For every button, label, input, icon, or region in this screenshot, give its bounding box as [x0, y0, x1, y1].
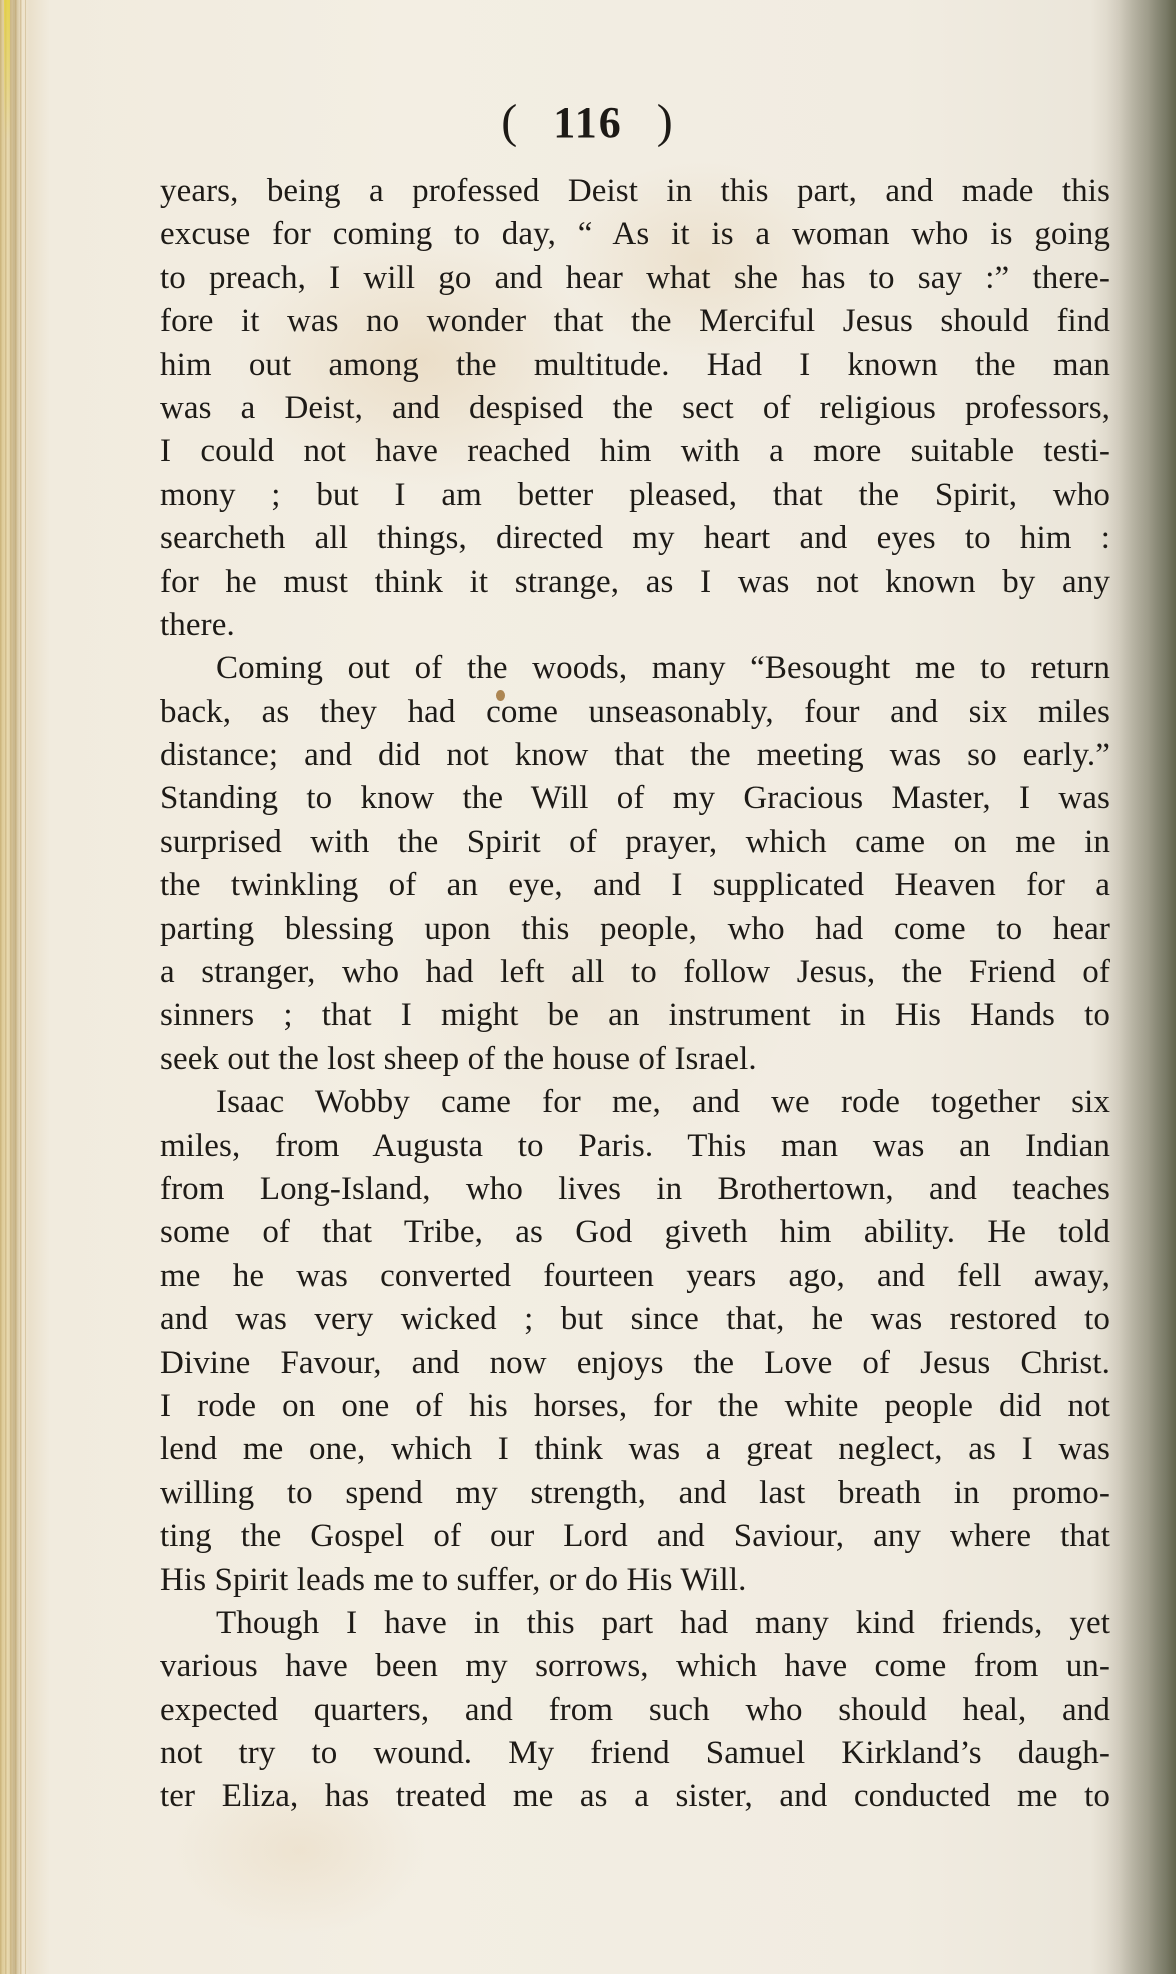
text-line: there. — [160, 604, 1110, 647]
book-page: (116) years, being a professed Deist in … — [0, 0, 1176, 1974]
text-line: to preach, I will go and hear what she h… — [160, 257, 1110, 300]
text-line: some of that Tribe, as God giveth him ab… — [160, 1211, 1110, 1254]
text-line: Standing to know the Will of my Gracious… — [160, 777, 1110, 820]
text-line: was a Deist, and despised the sect of re… — [160, 387, 1110, 430]
text-line: him out among the multitude. Had I known… — [160, 344, 1110, 387]
text-line: sinners ; that I might be an instrument … — [160, 994, 1110, 1037]
page-number-close-paren: ) — [657, 95, 675, 148]
text-line: lend me one, which I think was a great n… — [160, 1428, 1110, 1471]
text-line: parting blessing upon this people, who h… — [160, 908, 1110, 951]
text-line: Coming out of the woods, many “Besought … — [160, 647, 1110, 690]
text-line: searcheth all things, directed my heart … — [160, 517, 1110, 560]
text-line: not try to wound. My friend Samuel Kirkl… — [160, 1732, 1110, 1775]
text-line: fore it was no wonder that the Merciful … — [160, 300, 1110, 343]
paragraph-3: Isaac Wobby came for me, and we rode tog… — [160, 1081, 1110, 1602]
text-line: expected quarters, and from such who sho… — [160, 1689, 1110, 1732]
text-line: years, being a professed Deist in this p… — [160, 170, 1110, 213]
text-line: mony ; but I am better pleased, that the… — [160, 474, 1110, 517]
text-line: from Long-Island, who lives in Brotherto… — [160, 1168, 1110, 1211]
binding-edge — [0, 0, 26, 1974]
text-line: distance; and did not know that the meet… — [160, 734, 1110, 777]
text-line: I could not have reached him with a more… — [160, 430, 1110, 473]
page-number-open-paren: ( — [501, 95, 519, 148]
text-line: the twinkling of an eye, and I supplicat… — [160, 864, 1110, 907]
page-number: (116) — [0, 92, 1176, 153]
text-line: me he was converted fourteen years ago, … — [160, 1255, 1110, 1298]
text-line: willing to spend my strength, and last b… — [160, 1472, 1110, 1515]
text-line: ting the Gospel of our Lord and Saviour,… — [160, 1515, 1110, 1558]
page-edge-shadow — [1106, 0, 1176, 1974]
paragraph-2: Coming out of the woods, many “Besought … — [160, 647, 1110, 1081]
page-number-value: 116 — [553, 98, 623, 147]
text-line: back, as they had come unseasonably, fou… — [160, 691, 1110, 734]
text-line: excuse for coming to day, “ As it is a w… — [160, 213, 1110, 256]
text-line: His Spirit leads me to suffer, or do His… — [160, 1559, 1110, 1602]
text-line: Though I have in this part had many kind… — [160, 1602, 1110, 1645]
paragraph-4: Though I have in this part had many kind… — [160, 1602, 1110, 1819]
text-line: for he must think it strange, as I was n… — [160, 561, 1110, 604]
text-line: I rode on one of his horses, for the whi… — [160, 1385, 1110, 1428]
text-line: seek out the lost sheep of the house of … — [160, 1038, 1110, 1081]
text-line: various have been my sorrows, which have… — [160, 1645, 1110, 1688]
text-line: Divine Favour, and now enjoys the Love o… — [160, 1342, 1110, 1385]
text-line: ter Eliza, has treated me as a sister, a… — [160, 1775, 1110, 1818]
text-line: Isaac Wobby came for me, and we rode tog… — [160, 1081, 1110, 1124]
text-line: and was very wicked ; but since that, he… — [160, 1298, 1110, 1341]
paragraph-1: years, being a professed Deist in this p… — [160, 170, 1110, 647]
text-line: miles, from Augusta to Paris. This man w… — [160, 1125, 1110, 1168]
text-line: surprised with the Spirit of prayer, whi… — [160, 821, 1110, 864]
text-line: a stranger, who had left all to follow J… — [160, 951, 1110, 994]
body-text: years, being a professed Deist in this p… — [160, 170, 1110, 1819]
